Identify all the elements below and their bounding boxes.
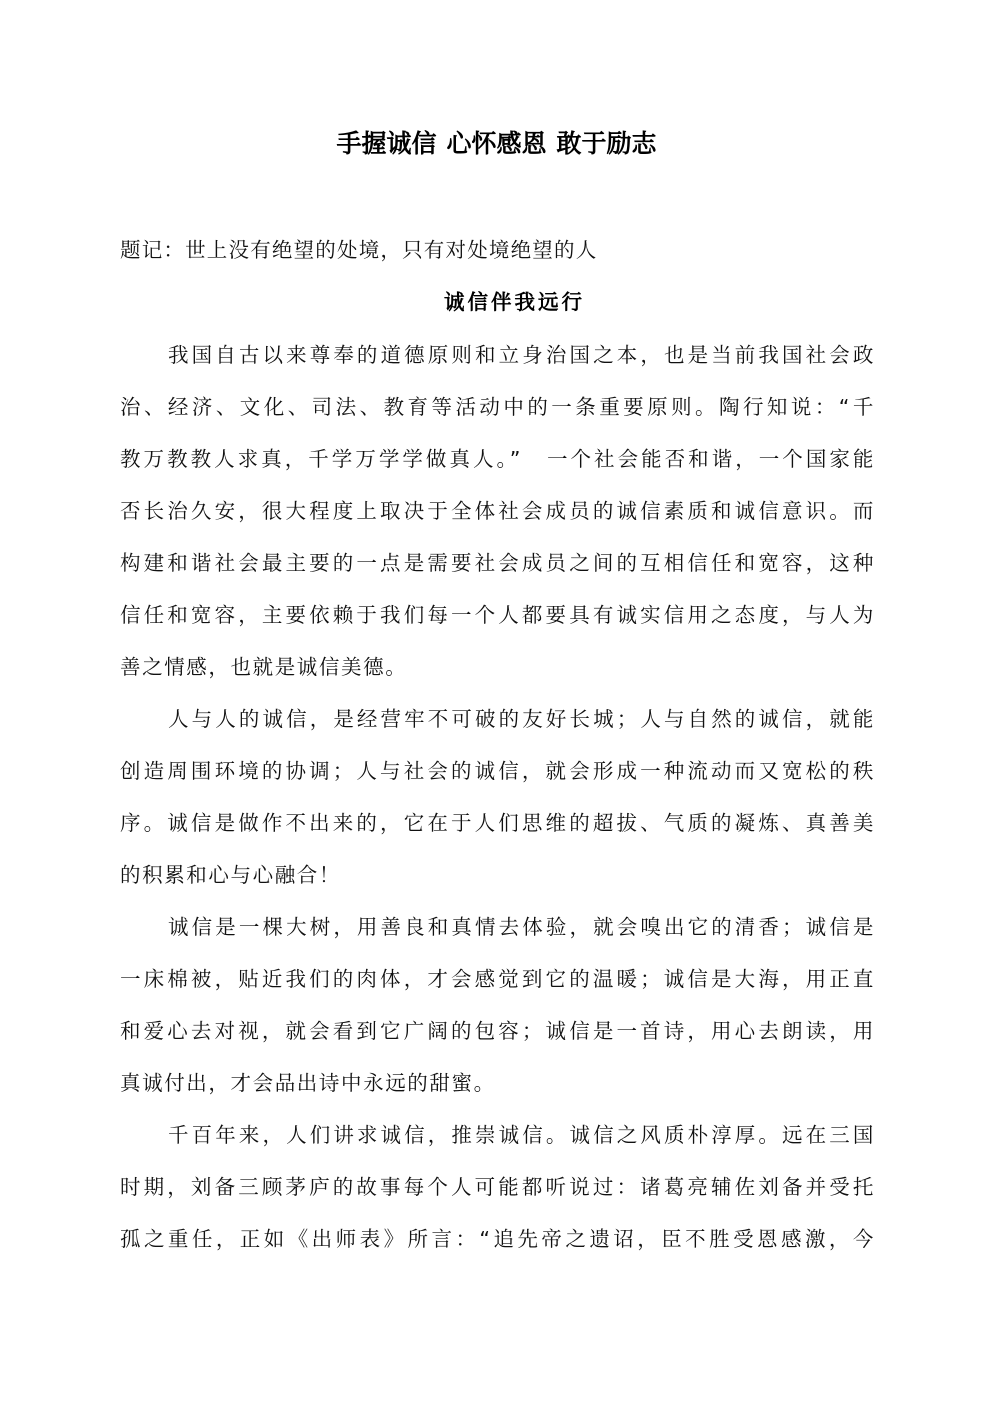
paragraph-1-line-5: 构建和谐社会最主要的一点是需要社会成员之间的互相信任和宽容，这种 bbox=[120, 546, 875, 580]
paragraph-4-line-2: 时期，刘备三顾茅庐的故事每个人可能都听说过：诸葛亮辅佐刘备并受托 bbox=[120, 1170, 875, 1204]
paragraph-1-line-7: 善之情感，也就是诚信美德。 bbox=[120, 650, 875, 684]
paragraph-3-line-3: 和爱心去对视，就会看到它广阔的包容；诚信是一首诗，用心去朗读，用 bbox=[120, 1014, 875, 1048]
document-page: 手握诚信心怀感恩敢于励志 题记：世上没有绝望的处境，只有对处境绝望的人 诚信伴我… bbox=[0, 0, 993, 1404]
paragraph-1-line-3: 教万教教人求真，千学万学学做真人。” 一个社会能否和谐，一个国家能 bbox=[120, 442, 875, 476]
paragraph-1-line-1: 我国自古以来尊奉的道德原则和立身治国之本，也是当前我国社会政 bbox=[120, 338, 875, 372]
paragraph-1-line-6: 信任和宽容，主要依赖于我们每一个人都要具有诚实信用之态度，与人为 bbox=[120, 598, 875, 632]
document-title: 手握诚信心怀感恩敢于励志 bbox=[0, 126, 993, 162]
paragraph-2-line-3: 序。诚信是做作不出来的，它在于人们思维的超拔、气质的凝炼、真善美 bbox=[120, 806, 875, 840]
paragraph-4-line-3: 孤之重任，正如《出师表》所言：“追先帝之遗诏，臣不胜受恩感激，今 bbox=[120, 1222, 875, 1256]
paragraph-2-line-1: 人与人的诚信，是经营牢不可破的友好长城；人与自然的诚信，就能 bbox=[120, 702, 875, 736]
paragraph-4-line-1: 千百年来，人们讲求诚信，推崇诚信。诚信之风质朴淳厚。远在三国 bbox=[120, 1118, 875, 1152]
paragraph-1-line-4: 否长治久安，很大程度上取决于全体社会成员的诚信素质和诚信意识。而 bbox=[120, 494, 875, 528]
paragraph-2-line-2: 创造周围环境的协调；人与社会的诚信，就会形成一种流动而又宽松的秩 bbox=[120, 754, 875, 788]
title-part-1: 手握诚信 bbox=[336, 129, 436, 158]
paragraph-1-line-2: 治、经济、文化、司法、教育等活动中的一条重要原则。陶行知说：“千 bbox=[120, 390, 875, 424]
title-part-3: 敢于励志 bbox=[557, 129, 657, 158]
section-title: 诚信伴我远行 bbox=[0, 285, 993, 319]
paragraph-3-line-2: 一床棉被，贴近我们的肉体，才会感觉到它的温暖；诚信是大海，用正直 bbox=[120, 962, 875, 996]
paragraph-2-line-4: 的积累和心与心融合！ bbox=[120, 858, 875, 892]
title-part-2: 心怀感恩 bbox=[446, 129, 546, 158]
epigraph: 题记：世上没有绝望的处境，只有对处境绝望的人 bbox=[120, 233, 597, 267]
paragraph-3-line-1: 诚信是一棵大树，用善良和真情去体验，就会嗅出它的清香；诚信是 bbox=[120, 910, 875, 944]
paragraph-3-line-4: 真诚付出，才会品出诗中永远的甜蜜。 bbox=[120, 1066, 875, 1100]
